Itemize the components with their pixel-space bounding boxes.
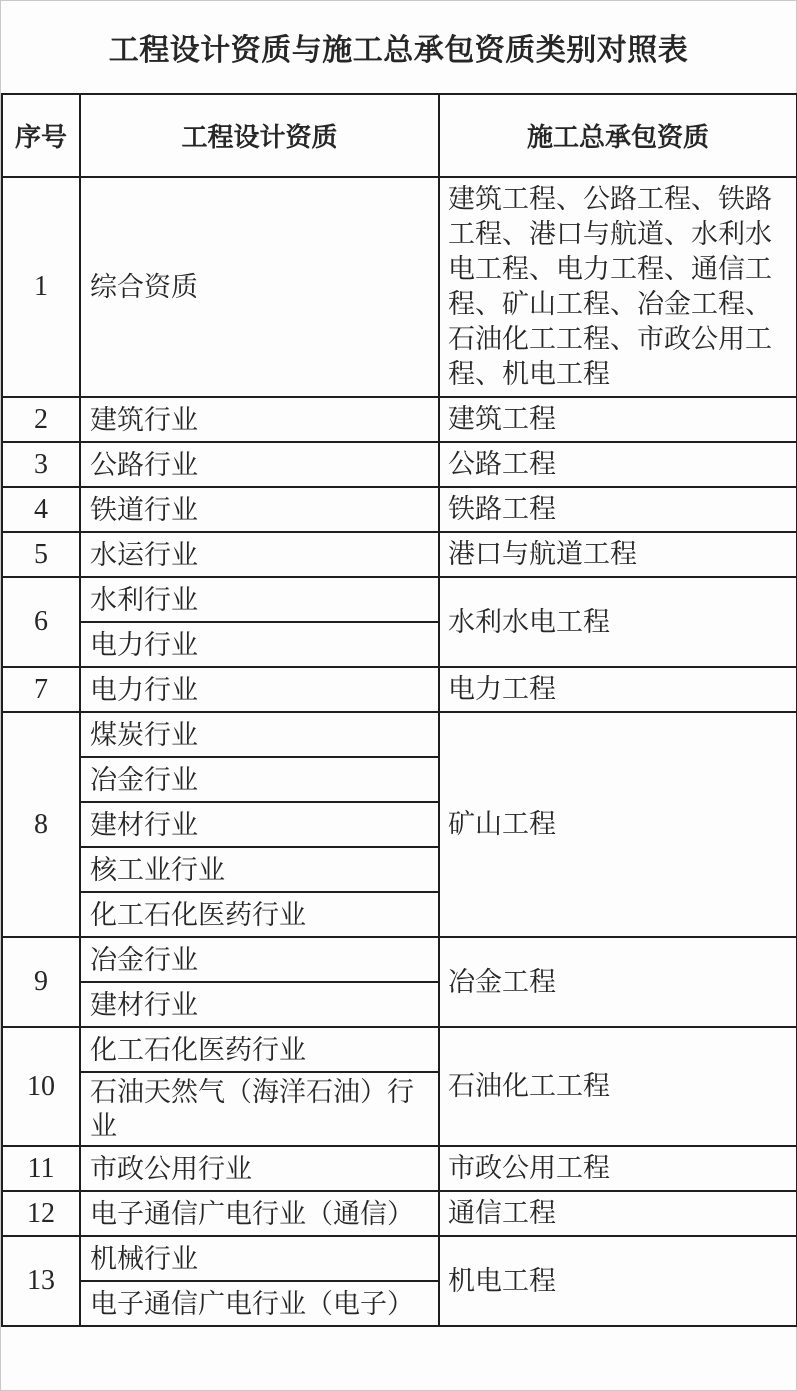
- table-row: 10化工石化医药行业石油化工工程: [2, 1027, 797, 1072]
- page-title: 工程设计资质与施工总承包资质类别对照表: [109, 25, 689, 69]
- design-qualification-cell: 电子通信广电行业（电子）: [80, 1281, 439, 1326]
- header-design-qualification: 工程设计资质: [80, 94, 439, 177]
- design-qualification-cell: 机械行业: [80, 1236, 439, 1281]
- table-row: 9冶金行业冶金工程: [2, 937, 797, 982]
- table-row: 5水运行业港口与航道工程: [2, 532, 797, 577]
- construction-qualification-cell: 石油化工工程: [439, 1027, 797, 1146]
- design-qualification-cell: 电力行业: [80, 622, 439, 667]
- seq-cell: 11: [2, 1146, 80, 1191]
- table-row: 4铁道行业铁路工程: [2, 487, 797, 532]
- table-row: 2建筑行业建筑工程: [2, 397, 797, 442]
- seq-cell: 13: [2, 1236, 80, 1326]
- seq-cell: 2: [2, 397, 80, 442]
- qualification-comparison-table: 序号 工程设计资质 施工总承包资质 1综合资质建筑工程、公路工程、铁路工程、港口…: [1, 93, 797, 1327]
- design-qualification-cell: 化工石化医药行业: [80, 1027, 439, 1072]
- design-qualification-cell: 电子通信广电行业（通信）: [80, 1191, 439, 1236]
- construction-qualification-cell: 矿山工程: [439, 712, 797, 937]
- construction-qualification-cell: 电力工程: [439, 667, 797, 712]
- seq-cell: 5: [2, 532, 80, 577]
- seq-cell: 8: [2, 712, 80, 937]
- seq-cell: 1: [2, 177, 80, 397]
- table-row: 1综合资质建筑工程、公路工程、铁路工程、港口与航道、水利水电工程、电力工程、通信…: [2, 177, 797, 397]
- table-row: 11市政公用行业市政公用工程: [2, 1146, 797, 1191]
- design-qualification-cell: 水运行业: [80, 532, 439, 577]
- table-row: 13机械行业机电工程: [2, 1236, 797, 1281]
- design-qualification-cell: 核工业行业: [80, 847, 439, 892]
- design-qualification-cell: 冶金行业: [80, 937, 439, 982]
- construction-qualification-cell: 冶金工程: [439, 937, 797, 1027]
- table-row: 7电力行业电力工程: [2, 667, 797, 712]
- design-qualification-cell: 市政公用行业: [80, 1146, 439, 1191]
- design-qualification-cell: 建材行业: [80, 982, 439, 1027]
- design-qualification-cell: 石油天然气（海洋石油）行业: [80, 1072, 439, 1146]
- title-block: 工程设计资质与施工总承包资质类别对照表: [1, 1, 796, 93]
- design-qualification-cell: 建材行业: [80, 802, 439, 847]
- seq-cell: 10: [2, 1027, 80, 1146]
- seq-cell: 9: [2, 937, 80, 1027]
- construction-qualification-cell: 铁路工程: [439, 487, 797, 532]
- design-qualification-cell: 电力行业: [80, 667, 439, 712]
- construction-qualification-cell: 通信工程: [439, 1191, 797, 1236]
- design-qualification-cell: 化工石化医药行业: [80, 892, 439, 937]
- construction-qualification-cell: 公路工程: [439, 442, 797, 487]
- design-qualification-cell: 水利行业: [80, 577, 439, 622]
- design-qualification-cell: 铁道行业: [80, 487, 439, 532]
- design-qualification-cell: 公路行业: [80, 442, 439, 487]
- seq-cell: 12: [2, 1191, 80, 1236]
- header-row: 序号 工程设计资质 施工总承包资质: [2, 94, 797, 177]
- design-qualification-cell: 煤炭行业: [80, 712, 439, 757]
- document-page: 工程设计资质与施工总承包资质类别对照表 序号 工程设计资质 施工总承包资质 1综…: [0, 0, 797, 1391]
- construction-qualification-cell: 水利水电工程: [439, 577, 797, 667]
- header-construction-qualification: 施工总承包资质: [439, 94, 797, 177]
- table-row: 3公路行业公路工程: [2, 442, 797, 487]
- seq-cell: 6: [2, 577, 80, 667]
- table-row: 8煤炭行业矿山工程: [2, 712, 797, 757]
- seq-cell: 7: [2, 667, 80, 712]
- table-row: 12电子通信广电行业（通信）通信工程: [2, 1191, 797, 1236]
- header-seq: 序号: [2, 94, 80, 177]
- construction-qualification-cell: 建筑工程: [439, 397, 797, 442]
- construction-qualification-cell: 港口与航道工程: [439, 532, 797, 577]
- seq-cell: 3: [2, 442, 80, 487]
- construction-qualification-cell: 机电工程: [439, 1236, 797, 1326]
- construction-qualification-cell: 市政公用工程: [439, 1146, 797, 1191]
- construction-qualification-cell: 建筑工程、公路工程、铁路工程、港口与航道、水利水电工程、电力工程、通信工程、矿山…: [439, 177, 797, 397]
- design-qualification-cell: 冶金行业: [80, 757, 439, 802]
- design-qualification-cell: 综合资质: [80, 177, 439, 397]
- seq-cell: 4: [2, 487, 80, 532]
- design-qualification-cell: 建筑行业: [80, 397, 439, 442]
- table-row: 6水利行业水利水电工程: [2, 577, 797, 622]
